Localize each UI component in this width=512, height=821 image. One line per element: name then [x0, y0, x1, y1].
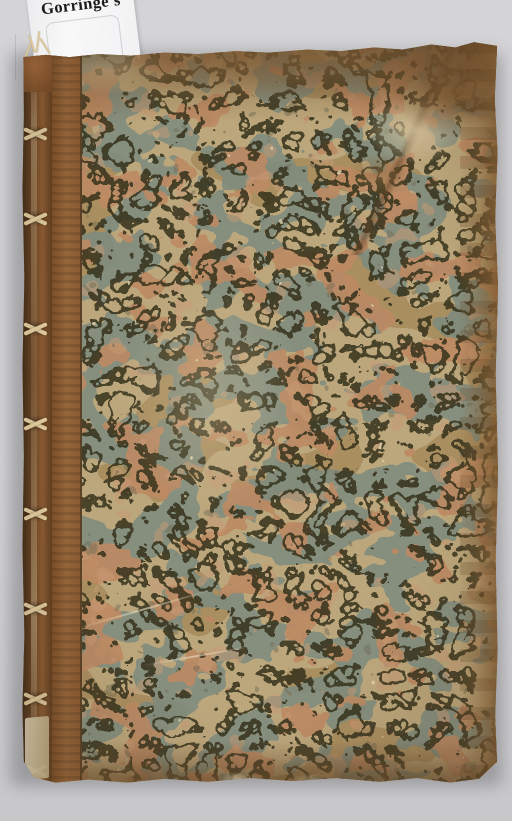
board-edge-leather-strip	[52, 40, 82, 784]
leather-spine	[22, 40, 52, 784]
antique-book	[22, 40, 498, 784]
spine-worn-streak	[31, 40, 37, 784]
marbled-cover-texture	[22, 40, 498, 784]
photo-scene: Gorringe's	[0, 0, 512, 821]
spine-cord-tie	[23, 690, 48, 707]
spine-cord-tie	[23, 125, 48, 142]
spine-cord-tie	[23, 320, 48, 337]
spine-cord-tie	[23, 505, 48, 522]
spine-cord-tie	[23, 600, 48, 617]
spine-cord-tie	[23, 415, 48, 432]
spine-cord-tie	[23, 210, 48, 227]
